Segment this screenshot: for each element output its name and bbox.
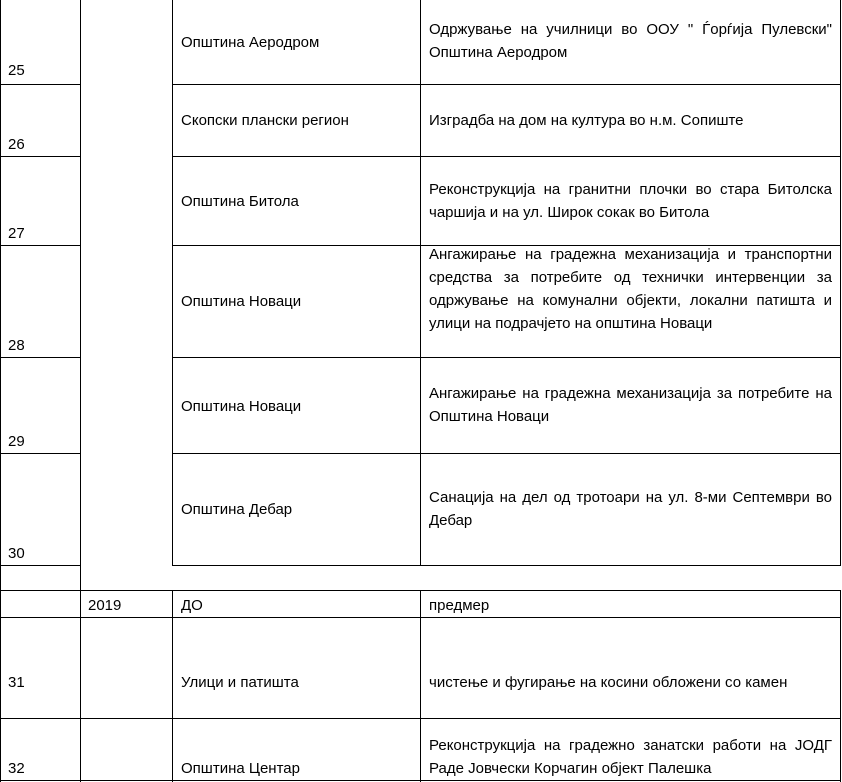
header-subject: предмер <box>429 594 832 617</box>
subject-cell: Одржување на училници во ООУ " Ѓорѓија П… <box>429 18 832 64</box>
row-number: 32 <box>8 757 25 780</box>
row-number: 31 <box>8 671 25 694</box>
row-number: 28 <box>8 334 25 357</box>
grid-line <box>172 357 841 358</box>
grid-line <box>172 453 841 454</box>
organization-cell: Скопски плански регион <box>181 109 413 132</box>
subject-cell: Изградба на дом на култура во н.м. Сопиш… <box>429 109 832 132</box>
organization-cell: Општина Центар <box>181 757 413 780</box>
grid-line <box>172 565 841 566</box>
row-number: 29 <box>8 430 25 453</box>
grid-line <box>0 617 841 618</box>
grid-line <box>0 453 81 454</box>
grid-line <box>172 156 841 157</box>
grid-line <box>0 565 81 566</box>
grid-line <box>172 84 841 85</box>
grid-line <box>840 590 841 782</box>
subject-cell: Ангажирање на градежна механизација и тр… <box>429 243 832 335</box>
subject-cell: чистење и фугирање на косини обложени со… <box>429 671 832 694</box>
grid-line <box>0 718 841 719</box>
grid-line <box>0 357 81 358</box>
row-number: 30 <box>8 542 25 565</box>
grid-line <box>80 0 81 782</box>
grid-line <box>0 156 81 157</box>
organization-cell: Општина Битола <box>181 190 413 213</box>
header-organization: ДО <box>181 594 413 617</box>
header-year: 2019 <box>88 594 121 617</box>
organization-cell: Општина Дебар <box>181 498 413 521</box>
organization-cell: Општина Новаци <box>181 290 413 313</box>
subject-cell: Реконструкција на градежно занатски рабо… <box>429 734 832 780</box>
grid-line <box>0 780 841 781</box>
organization-cell: Општина Новаци <box>181 395 413 418</box>
grid-line <box>0 590 841 591</box>
subject-cell: Реконструкција на гранитни плочки во ста… <box>429 178 832 224</box>
grid-line <box>172 590 173 782</box>
subject-cell: Санација на дел од тротоари на ул. 8-ми … <box>429 486 832 532</box>
grid-line <box>420 590 421 782</box>
subject-cell: Ангажирање на градежна механизација за п… <box>429 382 832 428</box>
row-number: 26 <box>8 133 25 156</box>
organization-cell: Општина Аеродром <box>181 31 413 54</box>
organization-cell: Улици и патишта <box>181 671 413 694</box>
row-number: 27 <box>8 222 25 245</box>
row-number: 25 <box>8 59 25 82</box>
grid-line <box>0 0 1 782</box>
grid-line <box>0 84 81 85</box>
grid-line <box>0 245 81 246</box>
